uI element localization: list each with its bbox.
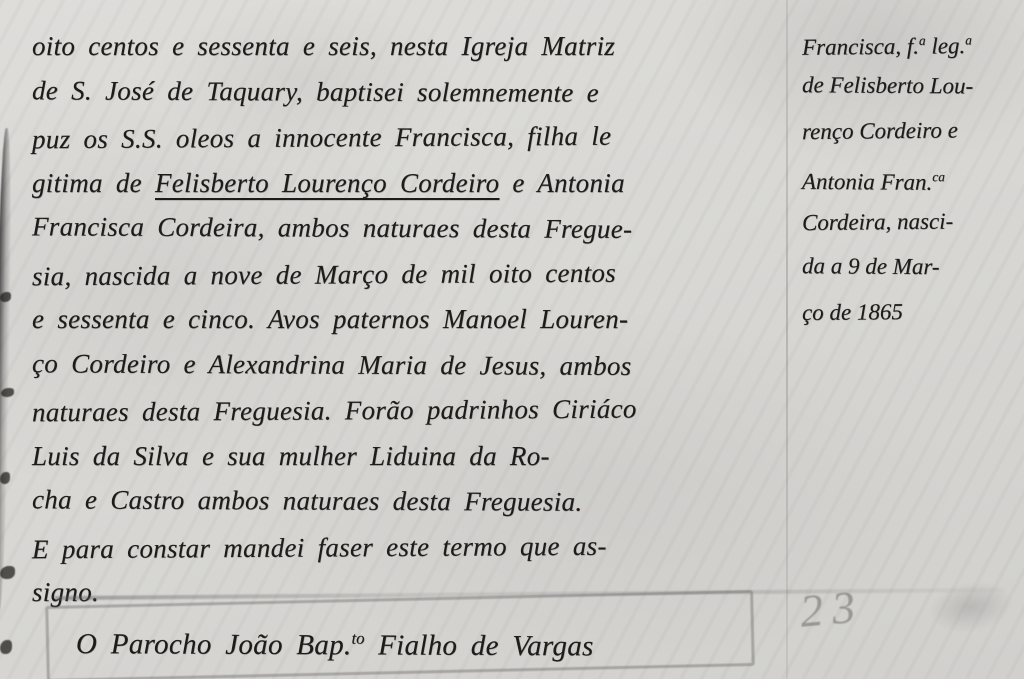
margin-note-line: de Felisberto Lou- [802,62,1022,109]
text-line: Francisca Cordeira, ambos naturaes desta… [32,204,782,253]
column-divider [786,0,788,679]
text-line-underlined-names: gitima de Felisberto Lourenço Cordeiro e… [32,161,782,207]
text-line: oito centos e sessenta e seis, nesta Igr… [32,24,782,70]
margin-superscript: a [965,32,972,47]
text-line: E para constar mandei faser este termo q… [32,522,782,572]
margin-note-line: da a 9 de Mar- [802,243,1022,290]
pencil-smudge [924,575,1017,639]
ink-fleck [0,640,12,654]
main-text-column: oito centos e sessenta e seis, nesta Igr… [32,24,782,661]
text-line: cha e Castro ambos naturaes desta Fregue… [32,477,782,526]
margin-note-line: ço de 1865 [802,288,1022,335]
ink-fleck [1,388,14,397]
margin-superscript: ca [932,169,945,184]
pencil-signature-frame [45,590,755,679]
text-line: ço Cordeiro e Alexandrina Maria de Jesus… [32,341,782,390]
text-line: Luis da Silva e sua mulher Liduina da Ro… [32,434,782,480]
text-line: de S. José de Taquary, baptisei solemnem… [32,68,782,117]
margin-note-line: Cordeira, nasci- [802,198,1022,245]
text-segment: leg. [926,33,966,58]
text-segment: Antonia Fran. [802,168,933,194]
ink-fleck [0,292,11,302]
text-line: naturaes desta Freguesia. Forão padrinho… [32,386,782,436]
margin-note-line: Francisca, f.a leg.a [802,17,1022,64]
text-line: e sessenta e cinco. Avos paternos Manoel… [32,297,782,343]
text-line: sia, nascida a nove de Março de mil oito… [32,249,782,299]
text-segment: Francisca, f. [802,34,919,60]
pencil-page-number: 23 [798,579,866,637]
text-line: puz os S.S. oleos a innocente Francisca,… [32,113,782,163]
margin-note-line: renço Cordeiro e [802,107,1022,154]
binding-edge [0,128,13,613]
margin-note-column: Francisca, f.a leg.a de Felisberto Lou- … [802,18,1022,334]
manuscript-page: oito centos e sessenta e seis, nesta Igr… [0,0,1024,679]
margin-note-line: Antonia Fran.ca [802,153,1022,200]
text-segment: gitima de [32,168,155,198]
text-segment: e Antonia [499,168,625,198]
underlined-father-name: Felisberto Lourenço Cordeiro [155,168,499,198]
ink-fleck [0,566,15,579]
ink-fleck [0,472,10,484]
